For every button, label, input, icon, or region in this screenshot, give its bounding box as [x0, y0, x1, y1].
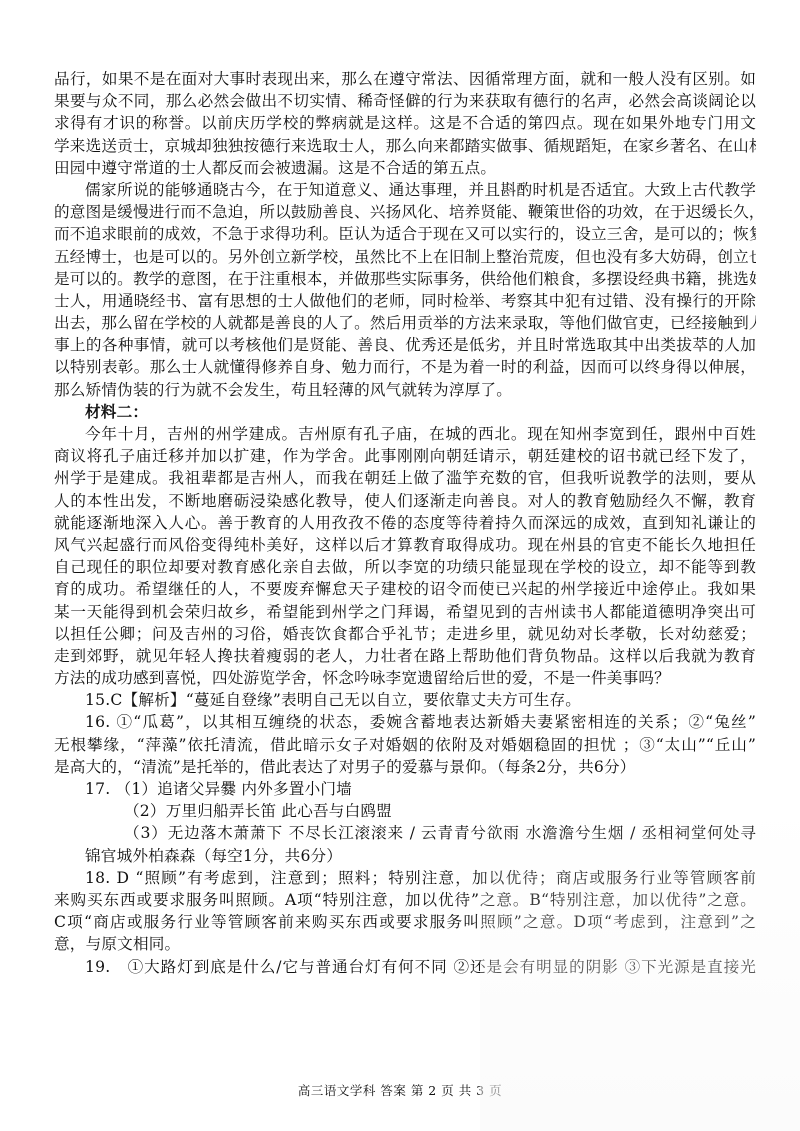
text-line: 求得有才识的称誉。以前庆历学校的弊病就是这样。这是不合适的第四点。现在如果外地专…	[54, 112, 756, 134]
text-line: 人的本性出发，不断地磨砺浸染感化教导，使人们逐渐走向善良。对人的教育勉励经久不懈…	[54, 490, 756, 512]
text-line: 锦官城外柏森森（每空1分，共6分）	[54, 845, 756, 867]
answer-19: 19. ①大路灯到底是什么/它与普通台灯有何不同 ②还是会有明显的阴影 ③下光源…	[54, 956, 756, 978]
text-line: 16. ①“瓜葛”，以其相互缠绕的状态，委婉含蓄地表达新婚夫妻紧密相连的关系；②…	[54, 711, 756, 733]
text-line: 意，与原文相同。	[54, 933, 756, 955]
text-line: 今年十月，吉州的州学建成。吉州原有孔子庙，在城的西北。现在知州李宽到任，跟州中百…	[54, 423, 756, 445]
text-line: 的意图是缓慢进行而不急迫，所以鼓励善良、兴扬风化、培养贤能、鞭策世俗的功效，在于…	[54, 201, 756, 223]
answer-18: 18. D “照顾”有考虑到，注意到；照料；特别注意，加以优待；商店或服务行业等…	[54, 867, 756, 956]
document-body: 品行，如果不是在面对大事时表现出来，那么在遵守常法、因循常理方面，就和一般人没有…	[54, 68, 756, 978]
text-line: 学来选送贡士，京城却独独按德行来选取士人，那么向来都踏实做事、循规蹈矩，在家乡著…	[54, 135, 756, 157]
text-line: 风气兴起盛行而风俗变得纯朴美好，这样以后才算教育取得成功。现在州县的官吏不能长久…	[54, 534, 756, 556]
answer-16: 16. ①“瓜葛”，以其相互缠绕的状态，委婉含蓄地表达新婚夫妻紧密相连的关系；②…	[54, 711, 756, 778]
text-line: 是高大的，“清流”是托举的，借此表达了对男子的爱慕与景仰。（每条2分，共6分）	[54, 756, 756, 778]
text-line: （2）万里归船弄长笛 此心吾与白鸥盟	[54, 800, 756, 822]
text-line: 是可以的。教学的意图，在于注重根本，并做那些实际事务，供给他们粮食，多摆设经典书…	[54, 268, 756, 290]
text-line: （3）无边落木萧萧下 不尽长江滚滚来 / 云青青兮欲雨 水澹澹兮生烟 / 丞相祠…	[54, 822, 756, 844]
text-line: 出去，那么留在学校的人就都是善良的人了。然后用贡举的方法来录取，等他们做官吏，已…	[54, 312, 756, 334]
text-line: 就能逐渐地深入人心。善于教育的人用孜孜不倦的态度等待着持久而深远的成效，直到知礼…	[54, 512, 756, 534]
text-line: 事上的各种事情，就可以考核他们是贤能、善良、优秀还是低劣，并且时常选取其中出类拔…	[54, 334, 756, 356]
text-line: 来购买东西或要求服务叫照顾。A项“特别注意，加以优待”之意。B“特别注意，加以优…	[54, 889, 756, 911]
text-line: C项“商店或服务行业等管顾客前来购买东西或要求服务叫照顾”之意。D项“考虑到，注…	[54, 911, 756, 933]
text-line: 品行，如果不是在面对大事时表现出来，那么在遵守常法、因循常理方面，就和一般人没有…	[54, 68, 756, 90]
text-line: 士人，用通晓经书、富有思想的士人做他们的老师，同时检举、考察其中犯有过错、没有操…	[54, 290, 756, 312]
text-line: 州学于是建成。我祖辈都是吉州人，而我在朝廷上做了滥竽充数的官，但我听说教学的法则…	[54, 467, 756, 489]
text-line: 以担任公卿；问及吉州的习俗，婚丧饮食都合乎礼节；走进乡里，就见幼对长孝敬，长对幼…	[54, 623, 756, 645]
text-line: 而不追求眼前的成效，不急于求得功利。臣认为适合于现在又可以实行的，设立三舍，是可…	[54, 223, 756, 245]
section-heading-material-2: 材料二：	[54, 401, 756, 423]
paragraph-1: 品行，如果不是在面对大事时表现出来，那么在遵守常法、因循常理方面，就和一般人没有…	[54, 68, 756, 179]
text-line: 田园中遵守常道的士人都反而会被遗漏。这是不合适的第五点。	[54, 157, 756, 179]
text-line: 果要与众不同，那么必然会做出不切实情、稀奇怪僻的行为来获取有德行的名声，必然会高…	[54, 90, 756, 112]
text-line: 育的成功。希望继任的人，不要废弃懈怠天子建校的诏令而使已兴起的州学接近中途停止。…	[54, 578, 756, 600]
text-line: 以特别表彰。那么士人就懂得修养自身、勉力而行，不是为着一时的利益，因而可以终身得…	[54, 356, 756, 378]
page-footer: 高三语文学科 答案 第 2 页 共 3 页	[0, 1081, 800, 1099]
text-line: 儒家所说的能够通晓古今，在于知道意义、通达事理，并且斟酌时机是否适宜。大致上古代…	[54, 179, 756, 201]
text-line: 五经博士，也是可以的。另外创立新学校，虽然比不上在旧制上整治荒废，但也没有多大妨…	[54, 246, 756, 268]
text-line: 走到郊野，就见年轻人搀扶着瘦弱的老人，力壮者在路上帮助他们背负物品。这样以后我就…	[54, 645, 756, 667]
text-line: 某一天能得到机会荣归故乡，希望能到州学之门拜谒，希望见到的吉州读书人都能道德明净…	[54, 601, 756, 623]
text-line: 无根攀缘，“萍藻”依托清流，借此暗示女子对婚姻的依附及对婚姻稳固的担忧 ；③“太…	[54, 734, 756, 756]
text-line: 商议将孔子庙迁移并加以扩建，作为学舍。此事刚刚向朝廷请示，朝廷建校的诏书就已经下…	[54, 445, 756, 467]
text-line: 17. （1）追诸父异爨 内外多置小门墙	[54, 778, 756, 800]
answer-15: 15.C【解析】“蔓延自登缘”表明自己无以自立，要依靠丈夫方可生存。	[54, 689, 756, 711]
paragraph-2: 儒家所说的能够通晓古今，在于知道意义、通达事理，并且斟酌时机是否适宜。大致上古代…	[54, 179, 756, 401]
text-line: 方法的成功感到喜悦，四处游览学舍，怀念吟咏李宽遗留给后世的爱，不是一件美事吗？	[54, 667, 756, 689]
answer-17: 17. （1）追诸父异爨 内外多置小门墙 （2）万里归船弄长笛 此心吾与白鸥盟 …	[54, 778, 756, 867]
paragraph-3: 今年十月，吉州的州学建成。吉州原有孔子庙，在城的西北。现在知州李宽到任，跟州中百…	[54, 423, 756, 689]
text-line: 那么矫情伪装的行为就不会发生，苟且轻薄的风气就转为淳厚了。	[54, 379, 756, 401]
text-line: 18. D “照顾”有考虑到，注意到；照料；特别注意，加以优待；商店或服务行业等…	[54, 867, 756, 889]
text-line: 自己现任的职位却要对教育感化亲自去做，所以李宽的功绩只能显现在学校的设立，却不能…	[54, 556, 756, 578]
